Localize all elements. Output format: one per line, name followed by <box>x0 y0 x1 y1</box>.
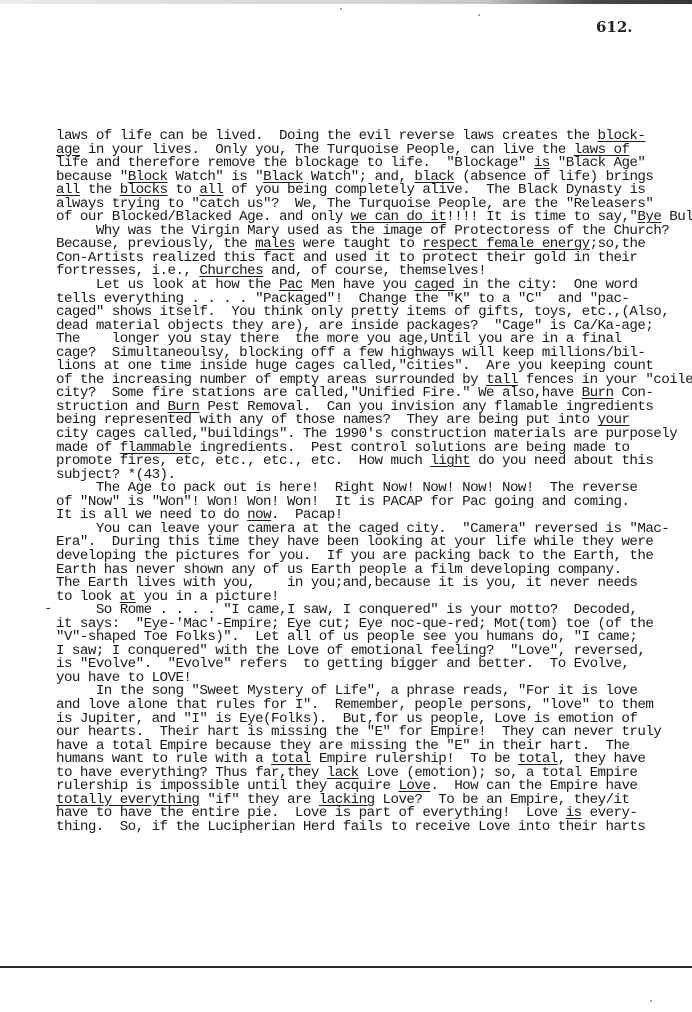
underlined-text: light <box>430 453 470 469</box>
text-line: thing. So, if the Lucipherian Herd fails… <box>56 821 692 835</box>
margin-mark: - <box>44 601 52 617</box>
page-number: 612. <box>596 18 633 36</box>
document-body: laws of life can be lived. Doing the evi… <box>56 130 692 834</box>
scan-speck <box>340 8 342 10</box>
scan-edge-strip <box>0 0 692 4</box>
text-segment: do you need about this <box>470 453 653 469</box>
text-segment: thing. So, if the Lucipherian Herd fails… <box>56 819 645 835</box>
scan-speck <box>478 14 480 16</box>
footer-rule <box>0 966 692 968</box>
scan-speck <box>650 1000 652 1002</box>
